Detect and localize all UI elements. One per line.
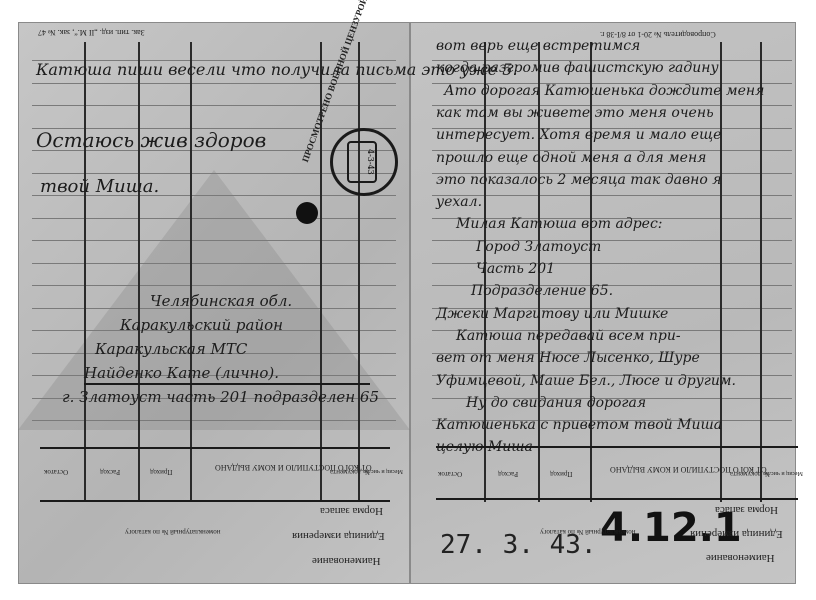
right-letter-line: Катюшенька с приветом твой Миша — [436, 417, 722, 433]
ruled-line — [32, 240, 396, 241]
right-letter-line: вет от меня Нюсе Лысенко, Шуре — [436, 350, 700, 366]
form-rule — [40, 447, 390, 449]
ruled-line — [432, 195, 792, 196]
form-col: Расход — [100, 468, 120, 476]
form-field: Единица измерения — [690, 528, 783, 540]
right-letter-line: Часть 201 — [476, 261, 555, 277]
ruled-line — [32, 420, 396, 421]
left-printed-header: Зак. тип. изд. „II М.“, зак. № 47 — [38, 28, 145, 37]
right-letter-line: вот верь еще встретимся — [436, 38, 640, 54]
right-letter-line: Катюша передавай всем при- — [456, 328, 681, 344]
form-col: Приход — [150, 468, 172, 476]
address-line: Каракульская МТС — [95, 340, 247, 358]
form-col: № документа — [730, 470, 770, 478]
form-col: Месяц и число — [765, 470, 803, 476]
right-letter-line: Джеки Маргитову или Мишке — [436, 306, 668, 322]
form-col: № документа — [330, 468, 370, 476]
form-field: Единица измерения — [292, 530, 385, 542]
return-address: г. Златоуст часть 201 подразделен 65 — [62, 388, 379, 406]
right-letter-line: интересует. Хотя время и мало еще — [436, 127, 721, 143]
right-letter-line: как там вы живете это меня очень — [436, 105, 714, 121]
address-line: Найденко Кате (лично). — [84, 364, 279, 382]
address-underline — [84, 383, 370, 385]
form-col: Остаток — [44, 468, 68, 476]
ruled-line — [32, 218, 396, 219]
form-col: Месяц и число — [365, 468, 403, 474]
right-letter-line: Ну до свидания дорогая — [466, 395, 646, 411]
form-col: Приход — [550, 470, 572, 478]
right-letter-line: когда разгромив фашистскую гадину — [436, 60, 719, 76]
column-line — [358, 42, 360, 502]
column-line — [760, 42, 762, 502]
address-line: Каракульский район — [120, 316, 283, 334]
ruled-line — [32, 263, 396, 264]
ink-blot — [296, 202, 318, 224]
form-catalog-note: номенклатурный № по каталогу — [125, 528, 220, 536]
form-field: Норма запаса — [715, 504, 778, 516]
right-letter-line: Уфимцевой, Маше Бел., Люсе и другим. — [436, 373, 736, 389]
right-letter-line: Город Златоуст — [476, 239, 601, 255]
ruled-line — [32, 83, 396, 84]
form-rule — [40, 500, 390, 502]
address-line: Челябинская обл. — [150, 292, 292, 310]
column-line — [84, 42, 86, 502]
right-letter-line: уехал. — [436, 194, 482, 210]
form-field: Наименование — [312, 555, 381, 567]
left-letter-line: Остаюсь жив здоров — [36, 128, 266, 152]
right-letter-line: это показалось 2 месяца так давно я — [436, 172, 721, 188]
form-rule — [436, 498, 798, 500]
right-letter-line: Ато дорогая Катюшенька дождите меня — [444, 83, 764, 99]
form-field: Наименование — [706, 552, 775, 564]
form-col: Остаток — [438, 470, 462, 478]
form-col: Расход — [498, 470, 518, 478]
form-field: Норма запаса — [320, 505, 383, 517]
ruled-line — [32, 105, 396, 106]
ruled-line — [32, 285, 396, 286]
column-line — [190, 42, 192, 502]
column-line — [138, 42, 140, 502]
right-letter-line: Милая Катюша вот адрес: — [456, 216, 663, 232]
left-letter-signature: твой Миша. — [40, 176, 159, 197]
form-rule — [436, 446, 798, 448]
right-letter-line: прошло еще одной меня а для меня — [436, 150, 706, 166]
right-letter-line: Подразделение 65. — [471, 283, 613, 299]
form-catalog-note: номенклатурный № по каталогу — [540, 528, 635, 536]
postmark-stamp: 4-3-43 — [330, 128, 398, 196]
